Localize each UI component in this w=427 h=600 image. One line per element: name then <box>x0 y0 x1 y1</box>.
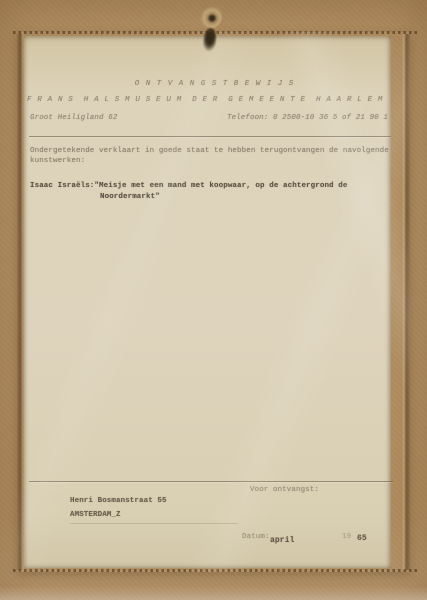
sender-street-address: Henri Bosmanstraat 55 <box>70 497 167 506</box>
pin-hole <box>200 5 222 29</box>
date-year-prefix: 19 <box>342 533 351 542</box>
plastic-sleeve: O N T V A N G S T B E W I J S F R A N S … <box>17 32 410 572</box>
date-label: Datum: <box>242 533 270 542</box>
receipt-document: O N T V A N G S T B E W I J S F R A N S … <box>24 36 391 568</box>
artwork-description-line2: Noordermarkt" <box>100 193 160 202</box>
sleeve-bottom-perforation <box>13 569 417 572</box>
date-month: april <box>270 536 295 545</box>
header-address-row: Groot Heiligland 62 Telefoon: 0 2500-10 … <box>30 114 388 123</box>
document-title: O N T V A N G S T B E W I J S <box>24 80 391 89</box>
sender-city: AMSTERDAM_Z <box>70 511 121 520</box>
cardboard-backing: O N T V A N G S T B E W I J S F R A N S … <box>0 0 427 600</box>
date-year: 65 <box>357 534 367 543</box>
board-bottom-edge <box>0 586 427 600</box>
sender-underline <box>70 523 238 524</box>
footer-divider-line <box>29 481 393 482</box>
sleeve-left-edge <box>17 34 25 570</box>
museum-phone: Telefoon: 0 2500-10 36 5 of 21 90 1 <box>227 114 388 123</box>
museum-name: F R A N S H A L S M U S E U M D E R G E … <box>27 96 383 105</box>
museum-street-address: Groot Heiligland 62 <box>30 114 117 123</box>
receipt-signature-label: Voor ontvangst: <box>250 486 319 495</box>
declaration-text-line2: kunstwerken: <box>30 157 85 166</box>
header-divider-line <box>29 136 391 137</box>
artwork-description-line1: Isaac Israëls:"Meisje met een mand met k… <box>30 182 347 191</box>
declaration-text-line1: Ondergetekende verklaart in goede staat … <box>30 147 389 156</box>
sleeve-right-edge <box>402 34 410 570</box>
